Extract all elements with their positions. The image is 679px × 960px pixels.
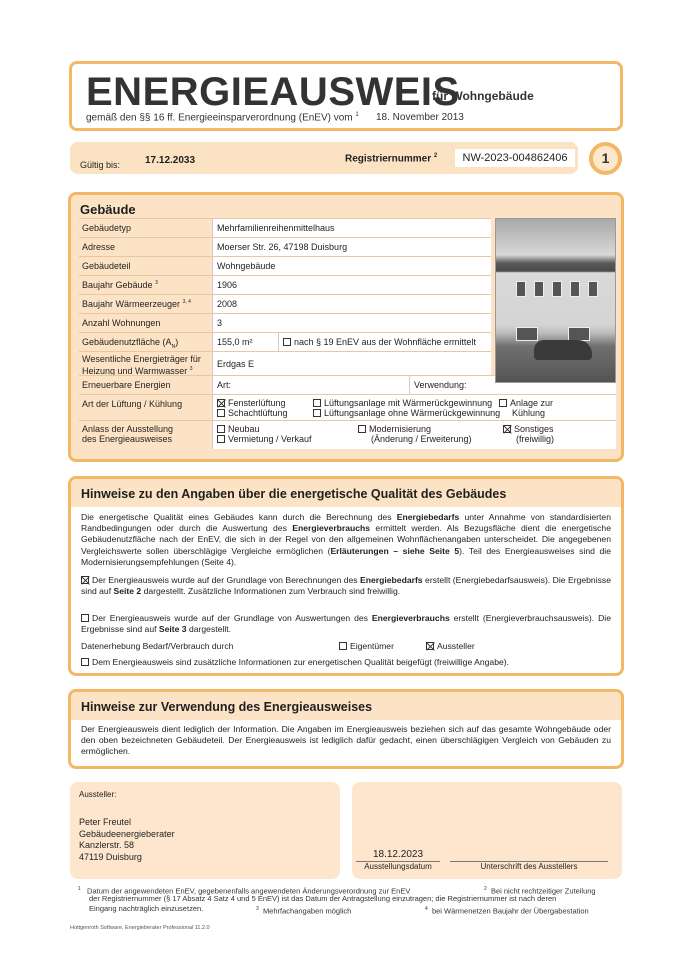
usage-notes-text: Der Energieausweis dient lediglich der I… <box>81 724 611 758</box>
reason-other-checkbox[interactable]: Sonstiges(freiwillig) <box>503 424 554 444</box>
registration-label: Registriernummer 2 <box>345 153 437 164</box>
energy-carrier-value: Erdgas E <box>217 359 254 369</box>
renewable-use-label: Verwendung: <box>414 380 467 390</box>
reason-new-building-checkbox[interactable]: Neubau <box>217 424 260 434</box>
registration-number: NW-2023-004862406 <box>455 149 575 167</box>
reason-rental-sale-checkbox[interactable]: Vermietung / Verkauf <box>217 434 312 444</box>
checkbox-icon <box>217 435 225 443</box>
apartments-value: 3 <box>217 318 222 328</box>
table-row: Gebäudenutzfläche (AN) 155,0 m² nach § 1… <box>79 332 491 351</box>
valid-until-value: 17.12.2033 <box>145 155 195 166</box>
floor-area-checkbox[interactable]: nach § 19 EnEV aus der Wohnfläche ermitt… <box>283 337 476 347</box>
issuer-label: Aussteller: <box>79 790 116 799</box>
building-section: Gebäude Gebäudetyp Mehrfamilienreihenmit… <box>68 192 624 462</box>
table-row: Gebäudetyp Mehrfamilienreihenmittelhaus <box>79 218 491 237</box>
table-row: Anzahl Wohnungen 3 <box>79 313 491 332</box>
issuer-address: Peter Freutel Gebäudeenergieberater Kanz… <box>79 817 175 863</box>
checkbox-icon <box>81 658 89 666</box>
vent-window-checkbox[interactable]: Fensterlüftung <box>217 398 286 408</box>
checkbox-icon <box>499 399 507 407</box>
checkbox-icon <box>217 425 225 433</box>
construction-year-value: 1906 <box>217 280 237 290</box>
document-title: ENERGIEAUSWEIS <box>86 70 460 115</box>
footnote-2-cont: der Registriernummer (§ 17 Absatz 4 Satz… <box>89 894 556 904</box>
checkbox-icon <box>313 399 321 407</box>
additional-info-option[interactable]: Dem Energieausweis sind zusätzliche Info… <box>81 657 611 668</box>
quality-notes-section: Hinweise zu den Angaben über die energet… <box>68 476 624 676</box>
footnote-2-end: Eingang nachträglich einzusetzen. <box>89 904 203 914</box>
law-reference: gemäß den §§ 16 ff. Energieeinsparverord… <box>86 112 359 123</box>
footnote-3: 3 Mehrfachangaben möglich <box>256 904 351 917</box>
vent-heat-recovery-checkbox[interactable]: Lüftungsanlage mit Wärmerückgewinnung <box>313 398 492 408</box>
data-collection-label: Datenerhebung Bedarf/Verbrauch durch <box>81 641 233 651</box>
checked-checkbox-icon <box>503 425 511 433</box>
table-row: Art der Lüftung / Kühlung Fensterlüftung… <box>79 394 616 420</box>
demand-certificate-option[interactable]: Der Energieausweis wurde auf der Grundla… <box>81 575 611 597</box>
table-row: Baujahr Gebäude 3 1906 <box>79 275 491 294</box>
building-part-value: Wohngebäude <box>217 261 275 271</box>
section-title: Gebäude <box>80 202 136 217</box>
owner-checkbox[interactable]: Eigentümer <box>339 641 394 652</box>
validity-strip: Gültig bis: 17.12.2033 Registriernummer … <box>70 142 578 174</box>
issuer-box: Aussteller: Peter Freutel Gebäudeenergie… <box>70 782 340 879</box>
checkbox-icon <box>81 614 89 622</box>
building-photo <box>495 218 616 383</box>
checked-checkbox-icon <box>426 642 434 650</box>
cooling-checkbox[interactable]: Anlage zurKühlung <box>499 398 553 418</box>
issuer-checkbox[interactable]: Aussteller <box>426 641 475 652</box>
checked-checkbox-icon <box>217 399 225 407</box>
checkbox-icon <box>217 409 225 417</box>
quality-intro-text: Die energetische Qualität eines Gebäudes… <box>81 512 611 568</box>
heater-year-value: 2008 <box>217 299 237 309</box>
page-number-badge: 1 <box>589 142 622 175</box>
section-title: Hinweise zu den Angaben über die energet… <box>81 487 506 501</box>
vent-no-heat-recovery-checkbox[interactable]: Lüftungsanlage ohne Wärmerückgewinnung <box>313 408 500 418</box>
valid-until-label: Gültig bis: <box>80 160 120 170</box>
table-row: Baujahr Wärmeerzeuger 3, 4 2008 <box>79 294 491 313</box>
vent-shaft-checkbox[interactable]: Schachtlüftung <box>217 408 288 418</box>
table-row: Anlass der Ausstellungdes Energieausweis… <box>79 420 616 448</box>
checkbox-icon <box>283 338 291 346</box>
issue-date-label: Ausstellungsdatum <box>356 862 440 871</box>
usage-notes-section: Hinweise zur Verwendung des Energieauswe… <box>68 689 624 769</box>
floor-area-value: 155,0 m² <box>217 337 253 347</box>
address-value: Moerser Str. 26, 47198 Duisburg <box>217 242 347 252</box>
document-subtitle: für Wohngebäude <box>432 89 534 103</box>
checkbox-icon <box>358 425 366 433</box>
checked-checkbox-icon <box>81 576 89 584</box>
consumption-certificate-option[interactable]: Der Energieausweis wurde auf der Grundla… <box>81 613 611 635</box>
issue-date: 18.12.2023 <box>356 849 440 862</box>
law-date: 18. November 2013 <box>376 112 464 123</box>
signature-box: 18.12.2023 Ausstellungsdatum Unterschrif… <box>352 782 622 879</box>
checkbox-icon <box>339 642 347 650</box>
table-row: Gebäudeteil Wohngebäude <box>79 256 491 275</box>
software-credit: Hottgenroth Software, Energieberater Pro… <box>70 925 210 931</box>
table-row: Adresse Moerser Str. 26, 47198 Duisburg <box>79 237 491 256</box>
signature-label: Unterschrift des Ausstellers <box>450 862 608 871</box>
footnote-4: 4 bei Wärmenetzen Baujahr der Übergabest… <box>425 904 589 917</box>
table-row: Wesentliche Energieträger fürHeizung und… <box>79 351 491 375</box>
reason-modernization-checkbox[interactable]: Modernisierung(Änderung / Erweiterung) <box>358 424 472 444</box>
certificate-header: ENERGIEAUSWEIS für Wohngebäude gemäß den… <box>69 61 623 131</box>
renewable-type-label: Art: <box>217 380 231 390</box>
section-title: Hinweise zur Verwendung des Energieauswe… <box>81 700 372 714</box>
checkbox-icon <box>313 409 321 417</box>
building-type-value: Mehrfamilienreihenmittelhaus <box>217 223 335 233</box>
